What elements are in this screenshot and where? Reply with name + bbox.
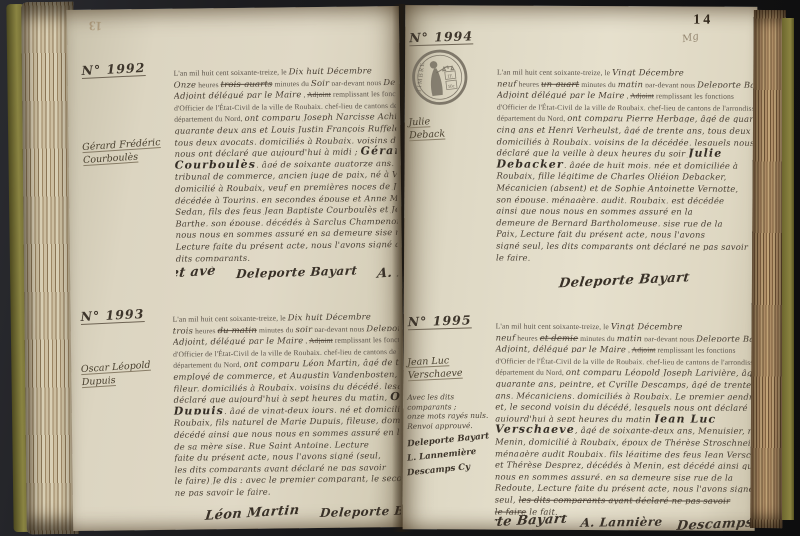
- death-record-entry-1995: N° 1995 Jean LucVerschaeve Avec les dits…: [407, 311, 752, 531]
- stamp-value-top: 1F.: [447, 74, 453, 80]
- death-record-entry-1993: N° 1993 Oscar LéopoldDupuis L'an mil hui…: [80, 302, 401, 522]
- signature: Deleporte Bayart: [558, 273, 691, 289]
- entry-body: L'an mil huit cent soixante-treize, le D…: [172, 302, 400, 496]
- entry-number: N° 1992: [81, 60, 145, 78]
- entry-body: L'an mil huit cent soixante-treize, le V…: [495, 312, 752, 516]
- register-right-page: 14 Mg N° 1994: [403, 5, 758, 531]
- justice-figure-stamp-icon: TIMBRE 1F. 50c: [408, 45, 472, 109]
- text-line: et, le second voisin du décédé, lesquels…: [495, 399, 751, 412]
- text-line: seul, les dits comparants ayant déclaré …: [495, 491, 751, 504]
- entry-body: L'an mil huit cent soixante-treize, le D…: [173, 56, 397, 262]
- text-line: quarante ans, peintre, et Cyrille Descam…: [495, 376, 751, 389]
- text-line: ainsi que nous nous en sommes assuré en …: [496, 203, 752, 216]
- death-record-entry-1994: N° 1994: [408, 27, 753, 289]
- signature: Descamps Cyrille: [676, 515, 751, 531]
- signatures: J. Ruffelet avéDeleporte BayartA. Demarc…: [176, 264, 398, 282]
- signatures: Deleporte BayartA. LannièreDescamps Cyri…: [495, 515, 751, 531]
- text-line: L'an mil huit cent soixante-treize, le V…: [496, 318, 752, 331]
- text-line: Adjoint délégué par le Maire , Adjoint r…: [497, 87, 753, 100]
- text-line: dits comparants.: [176, 248, 398, 262]
- text-line: Menin, domicilié à Roubaix, époux de Thé…: [495, 433, 751, 446]
- ghost-page-number: 13: [89, 17, 103, 34]
- margin-notes: Avec les ditscomparants ;onze mots rayés…: [407, 392, 489, 476]
- register-photo: 13 N° 1992 Gérard FrédéricCourboulès L'a…: [0, 0, 800, 536]
- stamp-label: TIMBRE: [416, 61, 426, 93]
- margin-name: Oscar LéopoldDupuis: [81, 358, 168, 389]
- margin-name: Jean LucVerschaeve: [407, 352, 490, 382]
- margin-name: JulieDeback: [408, 112, 491, 142]
- book-cover-edge-right: [782, 18, 794, 520]
- text-line: le faire.: [496, 249, 752, 262]
- entry-margin: N° 1992 Gérard FrédéricCourboulès: [81, 59, 170, 283]
- entry-number: N° 1995: [408, 312, 472, 329]
- page-number: 14: [693, 13, 713, 29]
- signature: Deleporte Bayart: [235, 264, 357, 282]
- revenue-stamp: TIMBRE 1F. 50c: [408, 45, 473, 113]
- text-line: L'an mil huit cent soixante-treize, le V…: [497, 64, 753, 77]
- margin-signature: Descamps Cy: [407, 463, 471, 479]
- signature: Deleporte Bayart: [495, 515, 568, 531]
- text-line: ne pas savoir le faire.: [175, 482, 401, 496]
- entry-number: N° 1994: [409, 28, 473, 45]
- entry-margin: N° 1994: [408, 27, 491, 288]
- signature: Léon Martin: [204, 504, 300, 522]
- text-line: signé seul, les dits comparants ont décl…: [496, 237, 752, 250]
- stamp-value-bottom: 50c: [448, 84, 455, 90]
- text-line: Mécanicien (absent) et de Sophie Antoine…: [496, 179, 752, 192]
- signature: J. Ruffelet avé: [176, 264, 217, 282]
- margin-name: Gérard FrédéricCourboulès: [82, 136, 169, 167]
- entry-body: L'an mil huit cent soixante-treize, le V…: [496, 28, 753, 262]
- register-left-page: 13 N° 1992 Gérard FrédéricCourboulès L'a…: [67, 6, 405, 531]
- entry-margin: N° 1995 Jean LucVerschaeve Avec les dits…: [407, 311, 490, 530]
- entry-margin: N° 1993 Oscar LéopoldDupuis: [80, 305, 169, 523]
- margin-signature: Deleporte Bayart: [407, 432, 490, 450]
- text-line: et Thérèse Desprez, décédés à Menin, est…: [495, 457, 751, 470]
- signature: A. Lannière: [580, 515, 663, 531]
- text-line: cinq ans et Henri Verheulst, âgé de tren…: [497, 122, 753, 135]
- signatures: Léon MartinDeleporte Bayart: [175, 504, 401, 522]
- signatures: Deleporte Bayart: [496, 273, 752, 289]
- page-edges-fore-edge: [750, 10, 786, 528]
- signature: Deleporte Bayart: [319, 504, 401, 521]
- text-line: déclaré que la veille à deux heures du s…: [497, 145, 753, 158]
- text-line: Adjoint, délégué par le Maire , Adjoint …: [496, 341, 752, 354]
- death-record-entry-1992: N° 1992 Gérard FrédéricCourboulès L'an m…: [81, 56, 398, 283]
- entry-number: N° 1993: [80, 306, 144, 324]
